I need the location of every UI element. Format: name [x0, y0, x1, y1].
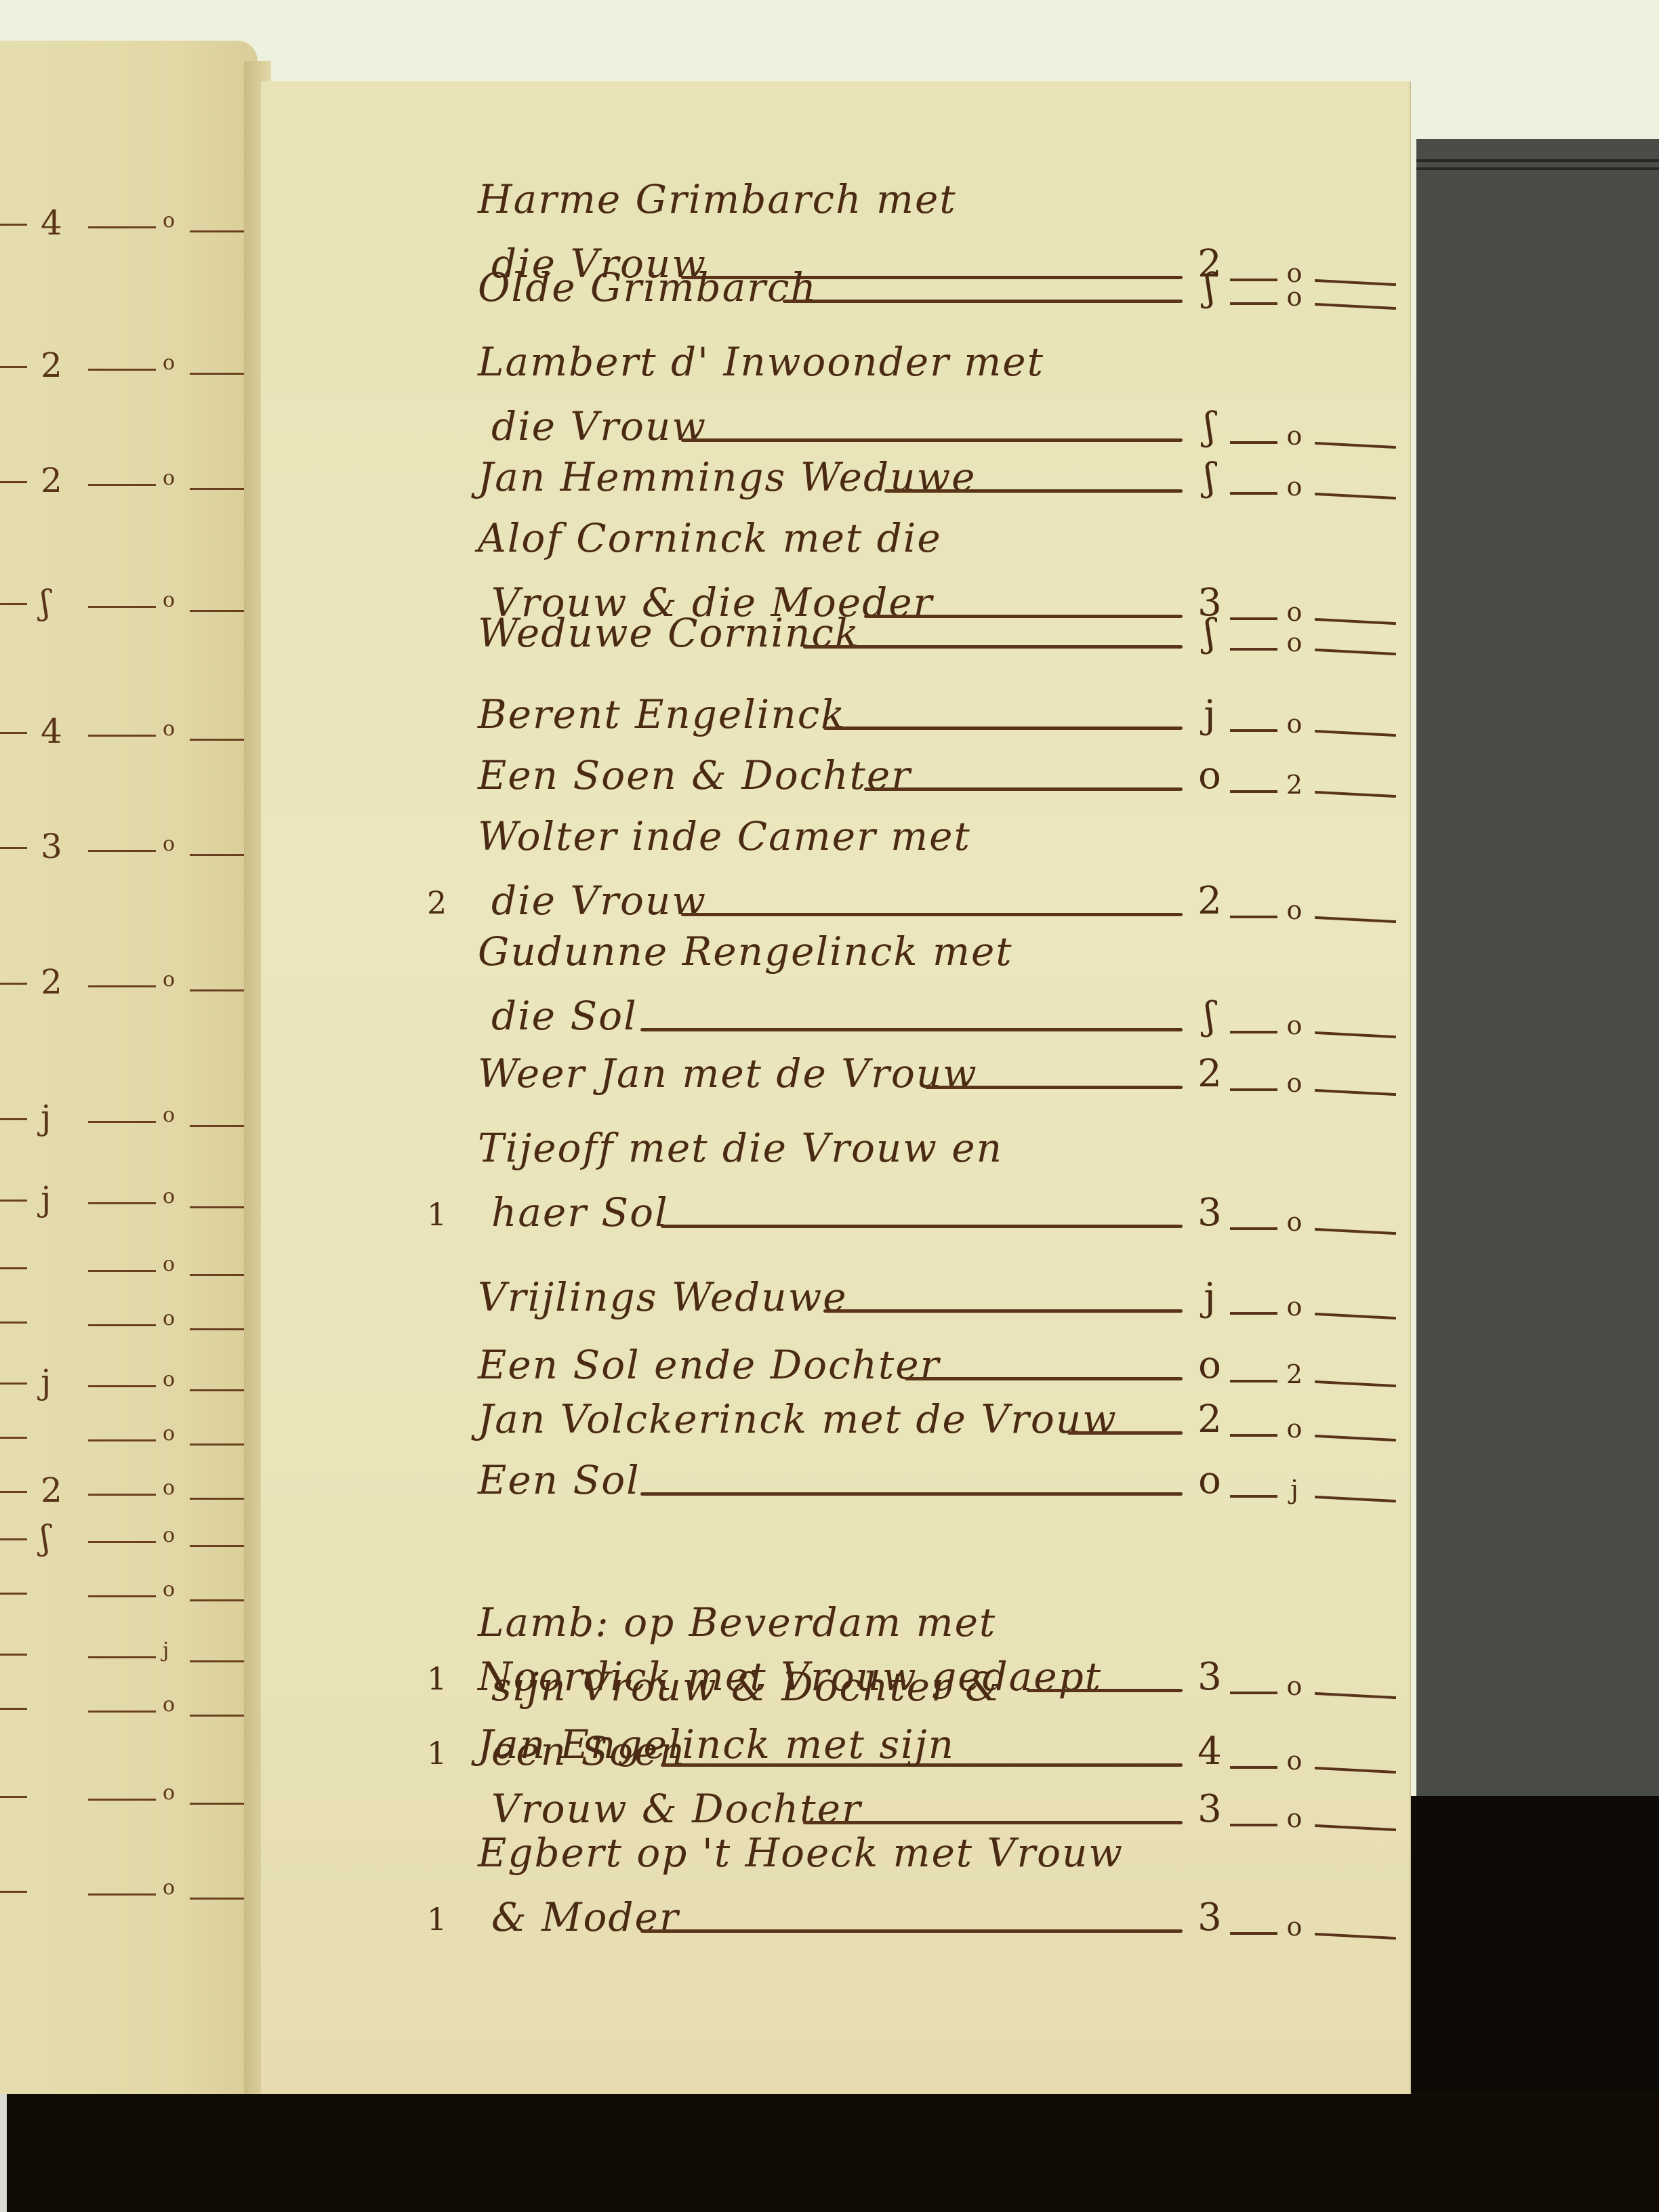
ledger-dash [1230, 279, 1277, 281]
entry-text-line: Weduwe Corninck [478, 610, 860, 656]
ledger-dash [190, 1803, 244, 1805]
ledger-dash [88, 850, 156, 852]
fill-line [681, 438, 1183, 442]
left-ledger-row: o [0, 1776, 258, 1816]
ledger-amount: 2 [41, 346, 62, 385]
ledger-dash [190, 610, 244, 612]
ledger-dash [0, 1491, 27, 1493]
count-column-1: 2 [1189, 879, 1230, 923]
ledger-dash [1230, 302, 1277, 305]
fill-line [823, 726, 1183, 730]
count-column-1: ʃ [1189, 994, 1230, 1038]
left-ledger-row: j [0, 1633, 258, 1674]
ledger-dash [190, 373, 244, 375]
ledger-dash [0, 1437, 27, 1439]
count-column-2: o [1281, 1912, 1308, 1942]
left-ledger-row: o [0, 1870, 258, 1911]
ledger-subamount: o [163, 1368, 175, 1391]
count-column-2: 2 [1281, 1359, 1308, 1389]
ledger-dash [88, 1439, 156, 1441]
left-ledger-row: o [0, 1247, 258, 1288]
fill-line [681, 913, 1183, 916]
ledger-dash [0, 1796, 27, 1798]
ledger-dash [1315, 730, 1396, 737]
count-column-1: 3 [1189, 1787, 1230, 1831]
ledger-amount: 2 [41, 1471, 62, 1510]
left-ledger-row: ʃo [0, 583, 258, 623]
count-column-2: o [1281, 1068, 1308, 1098]
count-column-1: o [1189, 1458, 1230, 1502]
entry-text-line: Wolter inde Camer met [478, 813, 971, 859]
ledger-amount: 4 [41, 712, 62, 751]
left-ledger-row: 4o [0, 203, 258, 244]
entry-text-line: Lamb: op Beverdam met [478, 1599, 996, 1645]
ledger-subamount: o [163, 1103, 175, 1127]
count-column-1: ʃ [1189, 455, 1230, 499]
fill-line [864, 787, 1183, 791]
left-ledger-row: jo [0, 1362, 258, 1403]
board-rule [1416, 159, 1659, 162]
ledger-dash [88, 226, 156, 228]
count-column-2: o [1281, 1010, 1308, 1040]
base-edge [0, 2091, 7, 2212]
ledger-dash [1230, 1932, 1277, 1935]
count-column-2: o [1281, 1803, 1308, 1833]
manuscript-page: Harme Grimbarch metdie Vrouw2oOlde Grimb… [261, 81, 1410, 2094]
count-column-2: o [1281, 1414, 1308, 1443]
entry-text-line: die Sol [491, 993, 638, 1039]
ledger-dash [1230, 1031, 1277, 1033]
count-column-1: 3 [1189, 1655, 1230, 1699]
left-ledger-row: 2o [0, 461, 258, 501]
ledger-subamount: o [163, 466, 175, 490]
ledger-subamount: o [163, 717, 175, 741]
fill-line [1067, 1431, 1183, 1435]
margin-count: 1 [427, 1196, 447, 1233]
fill-line [661, 1225, 1183, 1228]
entry-text-line: Een Soen & Dochter [478, 752, 912, 798]
ledger-subamount: o [163, 1252, 175, 1276]
count-column-1: j [1189, 693, 1230, 737]
entry-text-line: Noordick met Vrouw gedaept [478, 1654, 1102, 1700]
ledger-subamount: j [163, 1639, 169, 1662]
ledger-dash [1230, 441, 1277, 444]
entry-text-line: Weer Jan met de Vrouw [478, 1050, 978, 1097]
left-ledger-row: jo [0, 1098, 258, 1139]
ledger-dash [88, 1202, 156, 1204]
ledger-amount: j [41, 1362, 52, 1401]
ledger-dash [88, 985, 156, 987]
count-column-1: 2 [1189, 1397, 1230, 1441]
left-ledger-row: 4o [0, 712, 258, 752]
fill-line [864, 615, 1183, 618]
ledger-dash [190, 1715, 244, 1717]
ledger-subamount: o [163, 1693, 175, 1717]
entry-text-line: Harme Grimbarch met [478, 176, 957, 222]
count-column-1: 4 [1189, 1729, 1230, 1774]
ledger-dash [1230, 1766, 1277, 1769]
ledger-dash [1230, 492, 1277, 495]
count-column-1: 2 [1189, 1052, 1230, 1096]
ledger-dash [88, 1893, 156, 1896]
margin-count: 1 [427, 1735, 447, 1771]
ledger-dash [88, 369, 156, 371]
margin-count: 1 [427, 1660, 447, 1697]
ledger-dash [1315, 1089, 1396, 1096]
ledger-dash [190, 1328, 244, 1330]
fill-line [783, 300, 1183, 303]
ledger-dash [1230, 790, 1277, 793]
ledger-dash [1315, 1824, 1396, 1831]
entry-text-line: Gudunne Rengelinck met [478, 928, 1013, 975]
ledger-dash [0, 1538, 27, 1540]
count-column-2: o [1281, 282, 1308, 312]
ledger-dash [88, 735, 156, 737]
left-page-fragment: 4o2o2oʃo4o3o2ojojooojoo2oʃoojooo [0, 41, 258, 2094]
ledger-dash [1315, 493, 1396, 499]
ledger-dash [0, 732, 27, 734]
fill-line [803, 1821, 1183, 1824]
entry-text-line: Een Sol ende Dochter [478, 1342, 940, 1388]
entry-text-line: & Moder [491, 1894, 680, 1940]
ledger-subamount: o [163, 1578, 175, 1601]
left-ledger-row: o [0, 1572, 258, 1613]
ledger-dash [1315, 1496, 1396, 1502]
ledger-dash [88, 1541, 156, 1543]
left-ledger-row: ʃo [0, 1518, 258, 1559]
ledger-subamount: o [163, 209, 175, 232]
entry-text-line: Een Sol [478, 1457, 640, 1503]
left-ledger-row: o [0, 1416, 258, 1457]
ledger-dash [0, 847, 27, 849]
ledger-dash [0, 1891, 27, 1893]
ledger-dash [190, 1125, 244, 1127]
board-rule [1416, 167, 1659, 170]
ledger-dash [1230, 1692, 1277, 1694]
ledger-dash [1230, 1824, 1277, 1826]
fill-line [803, 645, 1183, 649]
ledger-dash [88, 1494, 156, 1496]
ledger-subamount: o [163, 1781, 175, 1805]
count-column-1: ʃ [1189, 405, 1230, 449]
ledger-dash [0, 1322, 27, 1324]
ledger-dash [1230, 1495, 1277, 1498]
ledger-subamount: o [163, 351, 175, 375]
ledger-dash [1230, 1227, 1277, 1230]
count-column-1: j [1189, 1275, 1230, 1319]
ledger-dash [1230, 648, 1277, 651]
count-column-1: ʃ [1189, 266, 1230, 310]
entry-text-line: Tijeoff met die Vrouw en [478, 1125, 1003, 1171]
ledger-dash [0, 1267, 27, 1269]
ledger-dash [0, 481, 27, 483]
ledger-dash [1230, 916, 1277, 918]
ledger-amount: 3 [41, 827, 62, 866]
ledger-subamount: o [163, 1185, 175, 1208]
margin-count: 2 [427, 884, 447, 921]
ledger-dash [190, 1443, 244, 1446]
ledger-dash [1230, 1312, 1277, 1315]
count-column-2: o [1281, 597, 1308, 627]
fill-line [884, 489, 1183, 493]
ledger-dash [1230, 1380, 1277, 1382]
ledger-dash [1315, 279, 1396, 286]
count-column-2: o [1281, 628, 1308, 657]
ledger-dash [1315, 1767, 1396, 1774]
count-column-2: 2 [1281, 770, 1308, 800]
count-column-1: 3 [1189, 1191, 1230, 1235]
entry-text-line: Jan Engelinck met sijn [478, 1721, 955, 1767]
count-column-2: o [1281, 1746, 1308, 1776]
left-ledger-row: 2o [0, 1471, 258, 1511]
count-column-2: o [1281, 472, 1308, 501]
entry-text-line: Vrijlings Weduwe [478, 1274, 848, 1320]
entry-text-line: die Vrouw [491, 878, 707, 924]
ledger-subamount: o [163, 968, 175, 991]
ledger-dash [0, 1118, 27, 1120]
ledger-amount: j [41, 1098, 52, 1137]
ledger-dash [0, 1654, 27, 1656]
entry-text-line: Jan Volckerinck met de Vrouw [478, 1396, 1118, 1442]
count-column-2: o [1281, 1207, 1308, 1237]
ledger-dash [88, 1656, 156, 1658]
ledger-dash [88, 1121, 156, 1123]
fill-line [1027, 1689, 1183, 1692]
ledger-dash [1315, 1435, 1396, 1441]
ledger-subamount: o [163, 1876, 175, 1900]
ledger-amount: 4 [41, 203, 62, 243]
ledger-amount: j [41, 1179, 52, 1218]
ledger-subamount: o [163, 1422, 175, 1446]
ledger-dash [190, 854, 244, 856]
ledger-dash [1315, 649, 1396, 655]
left-ledger-row: 2o [0, 346, 258, 386]
fill-line [640, 1492, 1183, 1496]
ledger-subamount: o [163, 588, 175, 612]
ledger-dash [0, 366, 27, 368]
entry-text-line: Lambert d' Inwoonder met [478, 339, 1044, 385]
entry-text-line: die Vrouw [491, 403, 707, 449]
count-column-2: j [1281, 1475, 1308, 1504]
ledger-dash [190, 1498, 244, 1500]
count-column-1: o [1189, 1343, 1230, 1387]
ledger-dash [1315, 1228, 1396, 1235]
ledger-dash [1315, 791, 1396, 798]
count-column-2: o [1281, 895, 1308, 925]
ledger-dash [88, 1385, 156, 1387]
left-ledger-row: o [0, 1301, 258, 1342]
ledger-dash [1315, 1313, 1396, 1319]
left-ledger-row: jo [0, 1179, 258, 1220]
ledger-dash [190, 1898, 244, 1900]
count-column-2: o [1281, 1671, 1308, 1701]
ledger-dash [88, 484, 156, 486]
ledger-amount: 2 [41, 461, 62, 500]
ledger-dash [190, 1545, 244, 1547]
left-ledger-row: 2o [0, 962, 258, 1003]
ledger-dash [88, 1799, 156, 1801]
ledger-dash [88, 1595, 156, 1597]
ledger-dash [88, 1324, 156, 1326]
ledger-dash [190, 1389, 244, 1391]
ledger-dash [0, 1200, 27, 1202]
fill-line [905, 1377, 1183, 1380]
ledger-dash [1315, 916, 1396, 923]
ledger-dash [1315, 1692, 1396, 1699]
ledger-subamount: o [163, 832, 175, 856]
ledger-dash [0, 603, 27, 605]
ledger-dash [1315, 1031, 1396, 1038]
ledger-dash [0, 1593, 27, 1595]
ledger-amount: ʃ [41, 1518, 50, 1557]
ledger-dash [190, 1206, 244, 1208]
ledger-amount: ʃ [41, 583, 50, 622]
fill-line [925, 1086, 1183, 1089]
ledger-dash [1315, 303, 1396, 310]
ledger-subamount: o [163, 1523, 175, 1547]
ledger-dash [1315, 1380, 1396, 1387]
ledger-dash [1315, 1933, 1396, 1940]
margin-count: 1 [427, 1901, 447, 1938]
ledger-dash [190, 1599, 244, 1601]
fill-line [640, 1929, 1183, 1933]
ledger-dash [190, 1274, 244, 1276]
entry-text-line: Olde Grimbarch [478, 264, 817, 310]
ledger-dash [1230, 729, 1277, 732]
count-column-1: ʃ [1189, 611, 1230, 655]
ledger-amount: 2 [41, 962, 62, 1002]
count-column-1: o [1189, 754, 1230, 798]
ledger-dash [190, 989, 244, 991]
ledger-dash [1315, 442, 1396, 449]
left-ledger-row: o [0, 1687, 258, 1728]
ledger-dash [88, 1711, 156, 1713]
ledger-subamount: o [163, 1476, 175, 1500]
ledger-dash [88, 1270, 156, 1272]
ledger-dash [1230, 617, 1277, 620]
left-ledger-row: 3o [0, 827, 258, 867]
entry-text-line: Berent Engelinck [478, 691, 846, 737]
entry-text-line: haer Sol [491, 1189, 669, 1235]
ledger-dash [88, 606, 156, 608]
fill-line [823, 1309, 1183, 1313]
entry-text-line: Vrouw & Dochter [491, 1786, 862, 1832]
ledger-dash [0, 983, 27, 985]
ledger-dash [190, 488, 244, 490]
ledger-dash [0, 1708, 27, 1710]
fill-line [640, 1028, 1183, 1031]
ledger-dash [190, 739, 244, 741]
ledger-dash [190, 230, 244, 232]
black-base [0, 2091, 1659, 2212]
ledger-subamount: o [163, 1307, 175, 1330]
count-column-1: 3 [1189, 1896, 1230, 1940]
count-column-2: o [1281, 421, 1308, 451]
entry-text-line: Jan Hemmings Weduwe [478, 454, 976, 500]
ledger-dash [1315, 618, 1396, 625]
count-column-2: o [1281, 1292, 1308, 1322]
ledger-dash [1230, 1088, 1277, 1091]
ledger-dash [0, 224, 27, 226]
count-column-2: o [1281, 709, 1308, 739]
entry-text-line: Egbert op 't Hoeck met Vrouw [478, 1830, 1124, 1876]
entry-text-line: Alof Corninck met die [478, 515, 942, 561]
ledger-dash [0, 1382, 27, 1385]
ledger-dash [1230, 1434, 1277, 1437]
ledger-dash [190, 1660, 244, 1662]
